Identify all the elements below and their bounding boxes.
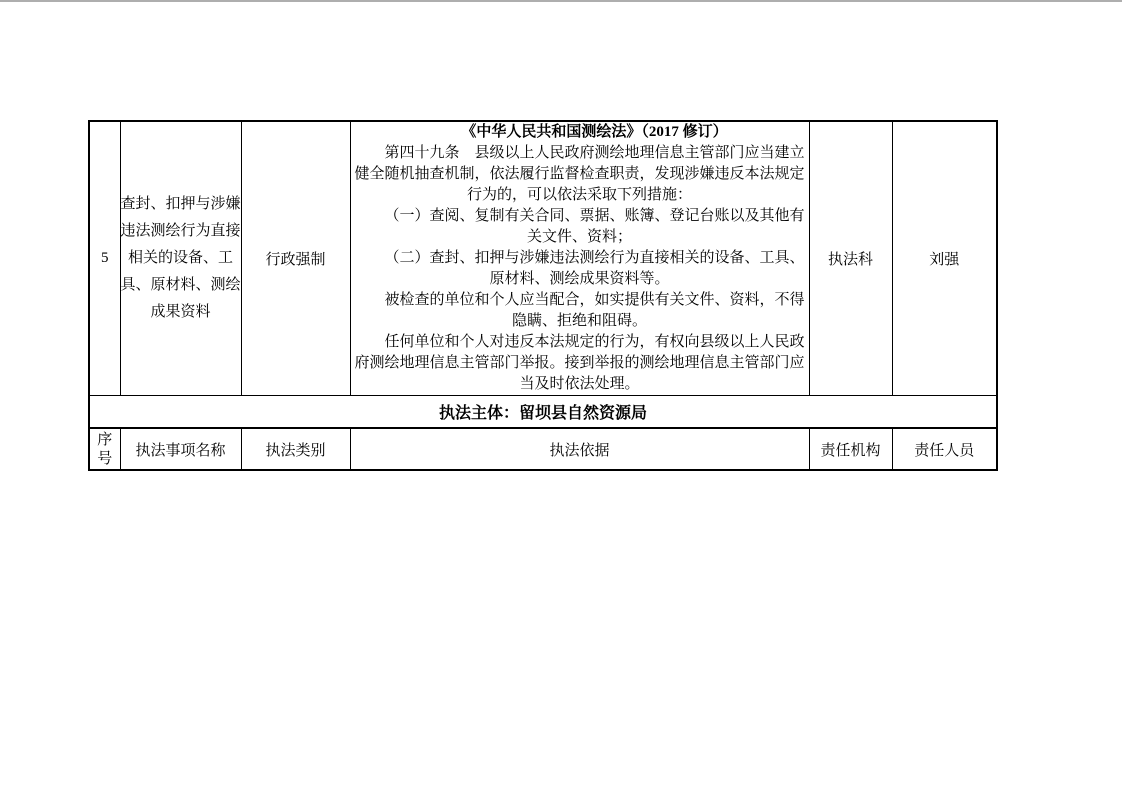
responsible-agency-cell: 执法科 <box>809 121 892 396</box>
header-agency: 责任机构 <box>809 428 892 470</box>
seq-cell: 5 <box>89 121 120 396</box>
legal-basis-paragraph: （一）查阅、复制有关合同、票据、账簿、登记台账以及其他有关文件、资料； <box>351 206 809 248</box>
header-item-name: 执法事项名称 <box>120 428 241 470</box>
legal-basis-cell: 《中华人民共和国测绘法》（2017 修订） 第四十九条 县级以上人民政府测绘地理… <box>350 121 809 396</box>
header-category: 执法类别 <box>241 428 350 470</box>
table-row-item-5: 5 查封、扣押与涉嫌违法测绘行为直接相关的设备、工具、原材料、测绘成果资料 行政… <box>89 121 997 396</box>
header-legal-basis: 执法依据 <box>350 428 809 470</box>
page-top-edge <box>0 0 1122 2</box>
enforcement-subject-cell: 执法主体：留坝县自然资源局 <box>89 396 997 429</box>
enforcement-category-cell: 行政强制 <box>241 121 350 396</box>
legal-basis-paragraph: 任何单位和个人对违反本法规定的行为，有权向县级以上人民政府测绘地理信息主管部门举… <box>351 332 809 395</box>
header-seq-label: 序号 <box>97 430 113 468</box>
legal-basis-title: 《中华人民共和国测绘法》（2017 修订） <box>351 122 809 143</box>
enforcement-matters-table: 5 查封、扣押与涉嫌违法测绘行为直接相关的设备、工具、原材料、测绘成果资料 行政… <box>88 120 998 471</box>
enforcement-subject-row: 执法主体：留坝县自然资源局 <box>89 396 997 429</box>
header-person: 责任人员 <box>892 428 997 470</box>
enforcement-item-name-cell: 查封、扣押与涉嫌违法测绘行为直接相关的设备、工具、原材料、测绘成果资料 <box>120 121 241 396</box>
responsible-person-cell: 刘强 <box>892 121 997 396</box>
legal-basis-paragraph: 被检查的单位和个人应当配合，如实提供有关文件、资料，不得隐瞒、拒绝和阻碍。 <box>351 290 809 332</box>
table-header-row: 序号 执法事项名称 执法类别 执法依据 责任机构 责任人员 <box>89 428 997 470</box>
header-seq: 序号 <box>89 428 120 470</box>
legal-basis-paragraph: （二）查封、扣押与涉嫌违法测绘行为直接相关的设备、工具、原材料、测绘成果资料等。 <box>351 248 809 290</box>
legal-basis-paragraph: 第四十九条 县级以上人民政府测绘地理信息主管部门应当建立健全随机抽查机制，依法履… <box>351 143 809 206</box>
document-page: 5 查封、扣押与涉嫌违法测绘行为直接相关的设备、工具、原材料、测绘成果资料 行政… <box>0 0 1122 793</box>
